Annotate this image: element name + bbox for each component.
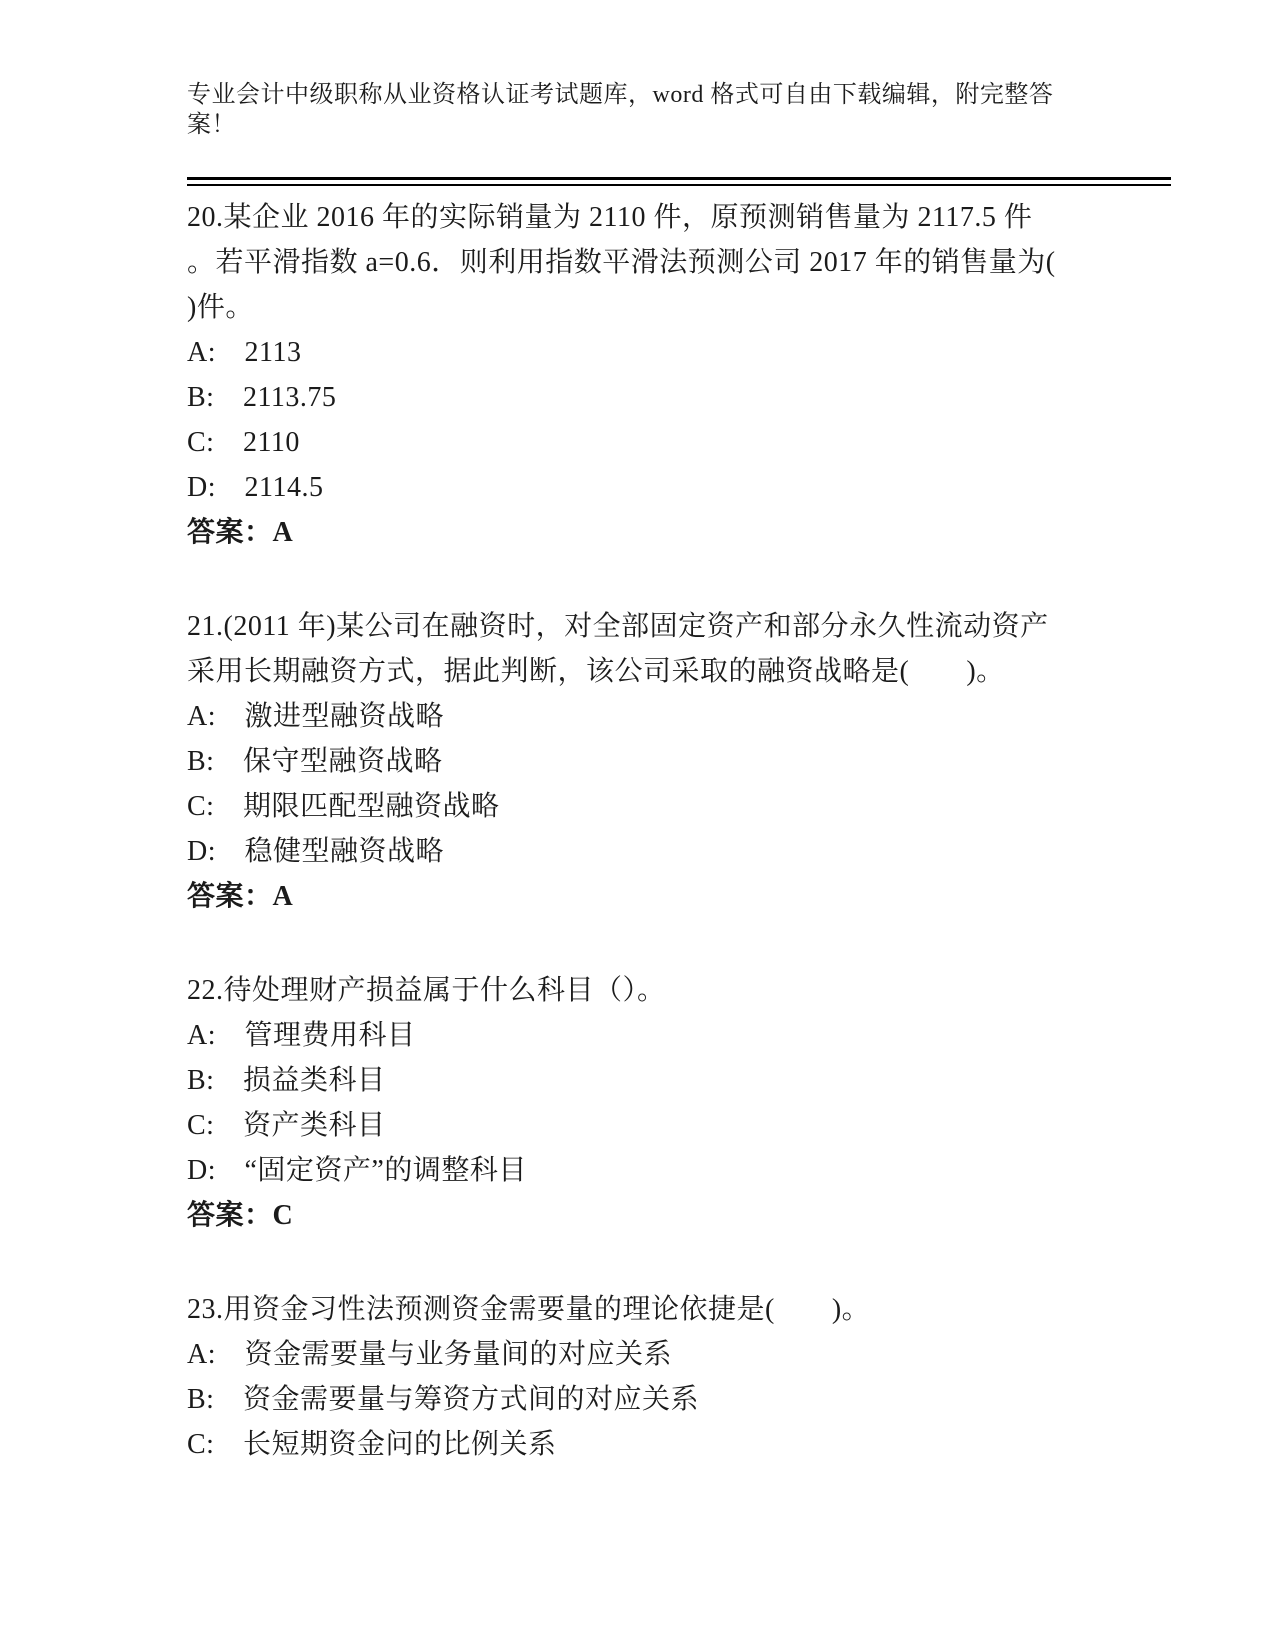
question-21-stem-line-1: 21.(2011 年)某公司在融资时，对全部固定资产和部分永久性流动资产 bbox=[187, 604, 1171, 649]
question-20-option-b: B: 2113.75 bbox=[187, 375, 1171, 420]
question-22-answer: 答案：C bbox=[187, 1193, 1171, 1238]
question-20-stem-line-2: 。若平滑指数 a=0.6．则利用指数平滑法预测公司 2017 年的销售量为( bbox=[187, 240, 1171, 285]
question-23-option-a: A: 资金需要量与业务量间的对应关系 bbox=[187, 1332, 1171, 1377]
header-line-1: 专业会计中级职称从业资格认证考试题库，word 格式可自由下载编辑，附完整答 bbox=[187, 80, 1171, 110]
question-23: 23.用资金习性法预测资金需要量的理论依捷是( )。 A: 资金需要量与业务量间… bbox=[187, 1287, 1171, 1467]
document-page: 专业会计中级职称从业资格认证考试题库，word 格式可自由下载编辑，附完整答 案… bbox=[0, 0, 1275, 1650]
page-header: 专业会计中级职称从业资格认证考试题库，word 格式可自由下载编辑，附完整答 案… bbox=[187, 0, 1171, 140]
question-23-option-c: C: 长短期资金问的比例关系 bbox=[187, 1422, 1171, 1467]
question-22-stem-line-1: 22.待处理财产损益属于什么科目（）。 bbox=[187, 968, 1171, 1013]
question-20-option-d: D: 2114.5 bbox=[187, 465, 1171, 510]
header-line-2: 案！ bbox=[187, 110, 1171, 140]
question-22-option-b: B: 损益类科目 bbox=[187, 1058, 1171, 1103]
page-content: 专业会计中级职称从业资格认证考试题库，word 格式可自由下载编辑，附完整答 案… bbox=[187, 0, 1171, 1467]
question-21-option-d: D: 稳健型融资战略 bbox=[187, 829, 1171, 874]
question-22-option-d: D: “固定资产”的调整科目 bbox=[187, 1148, 1171, 1193]
question-22: 22.待处理财产损益属于什么科目（）。 A: 管理费用科目 B: 损益类科目 C… bbox=[187, 968, 1171, 1238]
header-divider bbox=[187, 177, 1171, 186]
question-20: 20.某企业 2016 年的实际销量为 2110 件，原预测销售量为 2117.… bbox=[187, 195, 1171, 555]
question-21: 21.(2011 年)某公司在融资时，对全部固定资产和部分永久性流动资产 采用长… bbox=[187, 604, 1171, 919]
question-21-option-b: B: 保守型融资战略 bbox=[187, 739, 1171, 784]
question-22-option-a: A: 管理费用科目 bbox=[187, 1013, 1171, 1058]
question-20-option-a: A: 2113 bbox=[187, 330, 1171, 375]
question-23-stem-line-1: 23.用资金习性法预测资金需要量的理论依捷是( )。 bbox=[187, 1287, 1171, 1332]
question-22-option-c: C: 资产类科目 bbox=[187, 1103, 1171, 1148]
question-21-option-a: A: 激进型融资战略 bbox=[187, 694, 1171, 739]
question-20-option-c: C: 2110 bbox=[187, 420, 1171, 465]
question-21-stem-line-2: 采用长期融资方式，据此判断，该公司采取的融资战略是( )。 bbox=[187, 649, 1171, 694]
question-20-stem-line-3: )件。 bbox=[187, 285, 1171, 330]
question-20-answer: 答案：A bbox=[187, 510, 1171, 555]
question-23-option-b: B: 资金需要量与筹资方式间的对应关系 bbox=[187, 1377, 1171, 1422]
question-21-answer: 答案：A bbox=[187, 874, 1171, 919]
question-20-stem-line-1: 20.某企业 2016 年的实际销量为 2110 件，原预测销售量为 2117.… bbox=[187, 195, 1171, 240]
question-21-option-c: C: 期限匹配型融资战略 bbox=[187, 784, 1171, 829]
